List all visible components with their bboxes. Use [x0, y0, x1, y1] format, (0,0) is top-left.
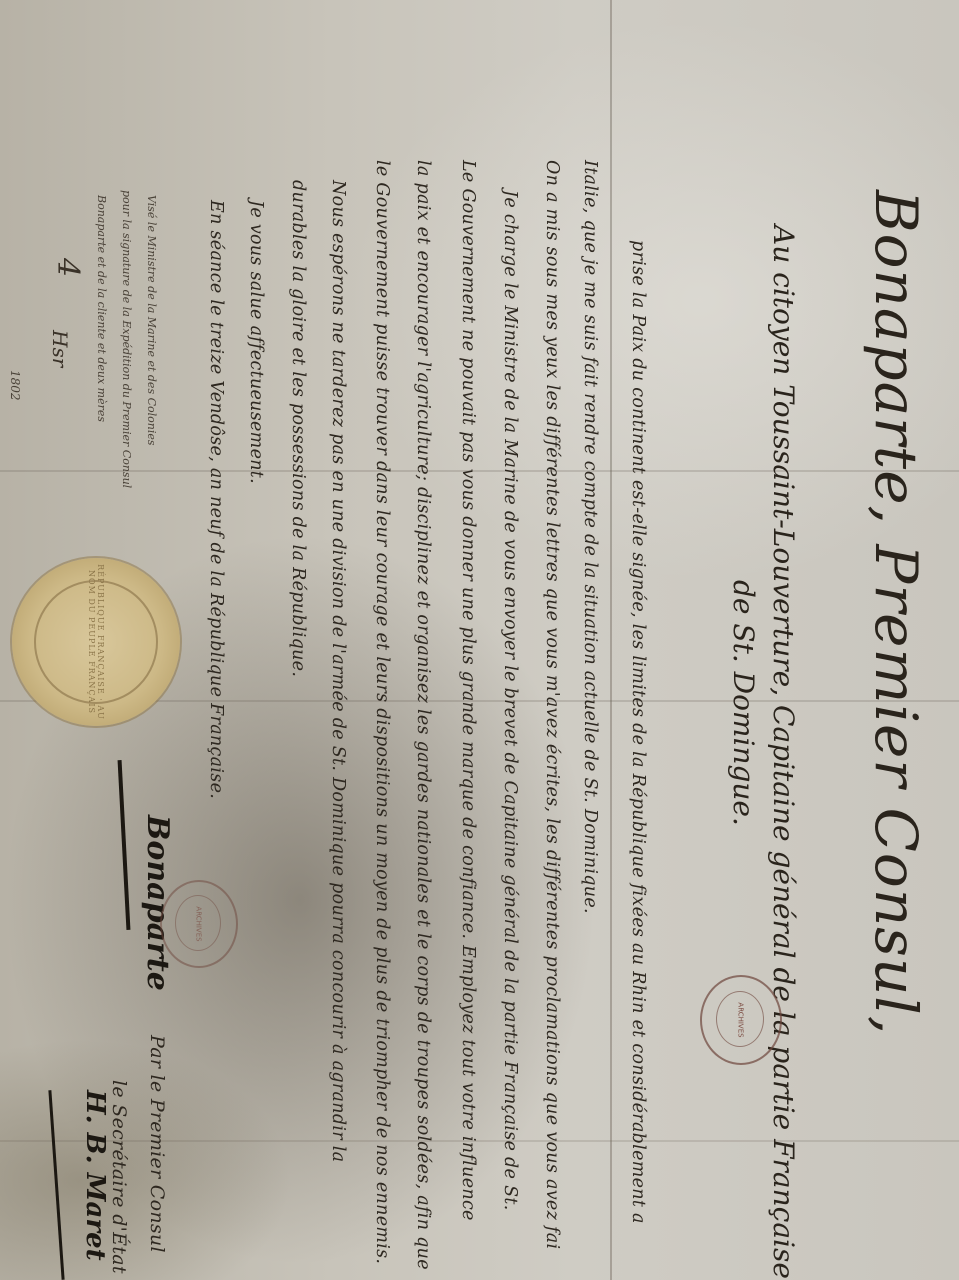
closing-line: Je vous salue affectueusement. [246, 200, 266, 484]
signature-flourish [118, 760, 131, 930]
margin-number: 4 [50, 258, 85, 277]
countersign-line-1: Par le Premier Consul [146, 1035, 168, 1253]
countersign-flourish [48, 1090, 64, 1280]
margin-note-2: pour la signature de la Expédition du Pr… [120, 190, 133, 488]
countersign-signature: H. B. Maret [80, 1090, 110, 1261]
body-line-5: Le Gouvernement ne pouvait pas vous donn… [458, 160, 478, 1221]
margin-initial: Hsr [48, 330, 72, 367]
margin-note-3: Bonaparte et de la cliente et deux mères [95, 195, 108, 422]
body-line-3: On a mis sous mes yeux les différentes l… [542, 160, 562, 1249]
heading-title: Bonaparte, Premier Consul, [862, 190, 930, 1035]
seal-inscription: RÉPUBLIQUE FRANÇAISE · AU NOM DU PEUPLE … [12, 558, 180, 726]
heading-addressee: Au citoyen Toussaint-Louverture, Capitai… [767, 225, 800, 1279]
body-line-8: Nous espérons ne tarderez pas en une div… [328, 180, 348, 1162]
body-line-6: la paix et encourager l'agriculture; dis… [413, 160, 433, 1270]
archive-stamp-top: ARCHIVES [700, 975, 782, 1065]
countersign-line-2: le Secrétaire d'État [108, 1080, 130, 1274]
body-line-2: Italie, que je me suis fait rendre compt… [580, 160, 600, 914]
dateline: En séance le treize Vendôse, an neuf de … [206, 200, 226, 799]
heading-place: de St. Domingue. [727, 580, 760, 826]
letter-photo: Bonaparte, Premier Consul, Au citoyen To… [0, 0, 959, 1280]
wax-seal: RÉPUBLIQUE FRANÇAISE · AU NOM DU PEUPLE … [12, 558, 180, 726]
archive-stamp-bottom: ARCHIVES [160, 880, 238, 968]
margin-note-1: Visé le Ministre de la Marine et des Col… [145, 195, 158, 446]
body-line-4: Je charge le Ministre de la Marine de vo… [500, 190, 520, 1211]
stamp-inner-text: ARCHIVES [737, 1002, 745, 1037]
fold-line-horizontal [0, 470, 959, 472]
body-line-9: durables la gloire et les possessions de… [288, 180, 308, 677]
body-line-7: le Gouvernement puisse trouver dans leur… [372, 160, 392, 1264]
body-line-1: prise la Paix du continent est-elle sign… [628, 240, 648, 1224]
fold-line-horizontal [0, 1140, 959, 1142]
margin-date: 1802 [8, 370, 22, 401]
stamp-inner-text: ARCHIVES [195, 906, 203, 941]
fold-line-vertical [610, 0, 612, 1280]
